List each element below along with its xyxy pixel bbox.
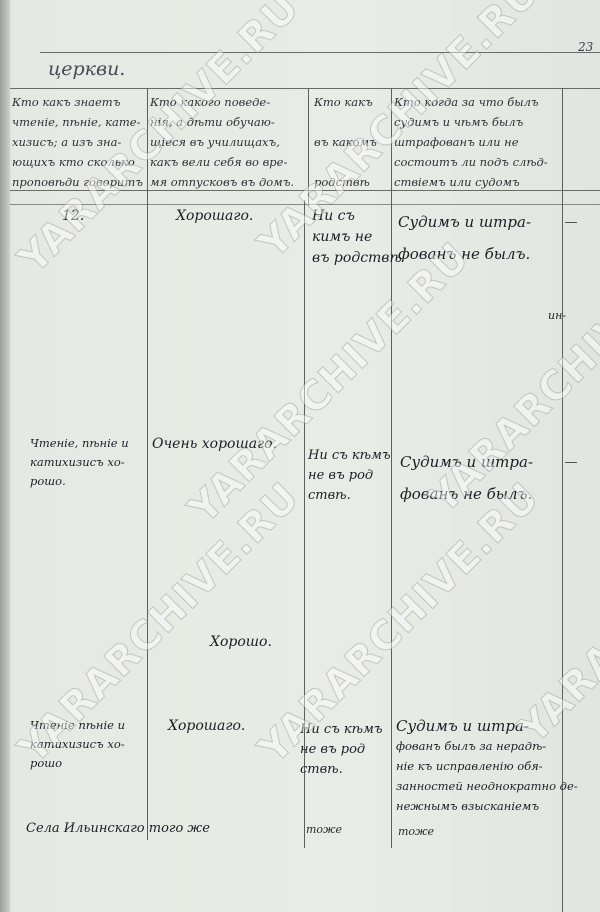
row3-col2: Хорошо. bbox=[210, 632, 272, 653]
hyphen-mark bbox=[565, 462, 577, 463]
row1-col4: Судимъ и штра- фованъ не былъ. bbox=[398, 206, 531, 270]
row4-col3: Ни съ кѣмъ не въ род ствѣ. bbox=[300, 720, 383, 780]
row1-col1: 12. bbox=[62, 206, 84, 227]
row1-col3: Ни съ кимъ не въ родствѣ bbox=[312, 206, 402, 269]
header-double-rule bbox=[10, 204, 600, 205]
top-rule bbox=[40, 52, 600, 53]
header-top-rule bbox=[10, 88, 600, 89]
footer-col3: тоже bbox=[306, 820, 342, 840]
footer-col4: тоже bbox=[398, 822, 434, 842]
margin-note: ин- bbox=[548, 306, 566, 326]
header-col-behavior: Кто какого поведе- нія, а дѣти обучаю- щ… bbox=[150, 92, 294, 192]
header-col-kinship: Кто какъ въ какомъ родствѣ bbox=[314, 92, 377, 192]
hyphen-mark bbox=[565, 222, 577, 223]
column-divider-1 bbox=[147, 88, 148, 840]
row2-col1: Чтеніе, пѣніе и катихизисъ хо- рошо. bbox=[30, 434, 129, 491]
header-col-knowledge: Кто какъ знаетъ чтеніе, пѣніе, кате- хиз… bbox=[12, 92, 143, 192]
page-binding-edge bbox=[0, 0, 10, 912]
row2-col3: Ни съ кѣмъ не въ род ствѣ. bbox=[308, 446, 391, 506]
footer-col1: Села Ильинскаго того же bbox=[26, 818, 210, 839]
archival-document-page: церкви. 23 Кто какъ знаетъ чтеніе, пѣніе… bbox=[0, 0, 600, 912]
column-divider-3 bbox=[391, 88, 392, 848]
row2-col4: Судимъ и штра- фованъ не былъ. bbox=[400, 446, 533, 510]
row2-col2: Очень хорошаго. bbox=[152, 434, 277, 455]
row4-col4: Судимъ и штра- фованъ былъ за нерадѣ- ні… bbox=[396, 716, 578, 816]
row1-col2: Хорошаго. bbox=[176, 206, 253, 227]
row4-col1: Чтеніе пѣніе и катихизисъ хо- рошо bbox=[30, 716, 125, 773]
page-title: церкви. bbox=[48, 58, 125, 80]
column-divider-2-header bbox=[308, 88, 309, 206]
row4-col2: Хорошаго. bbox=[168, 716, 245, 737]
header-col-convictions: Кто когда за что былъ судимъ и чѣмъ былъ… bbox=[394, 92, 548, 192]
